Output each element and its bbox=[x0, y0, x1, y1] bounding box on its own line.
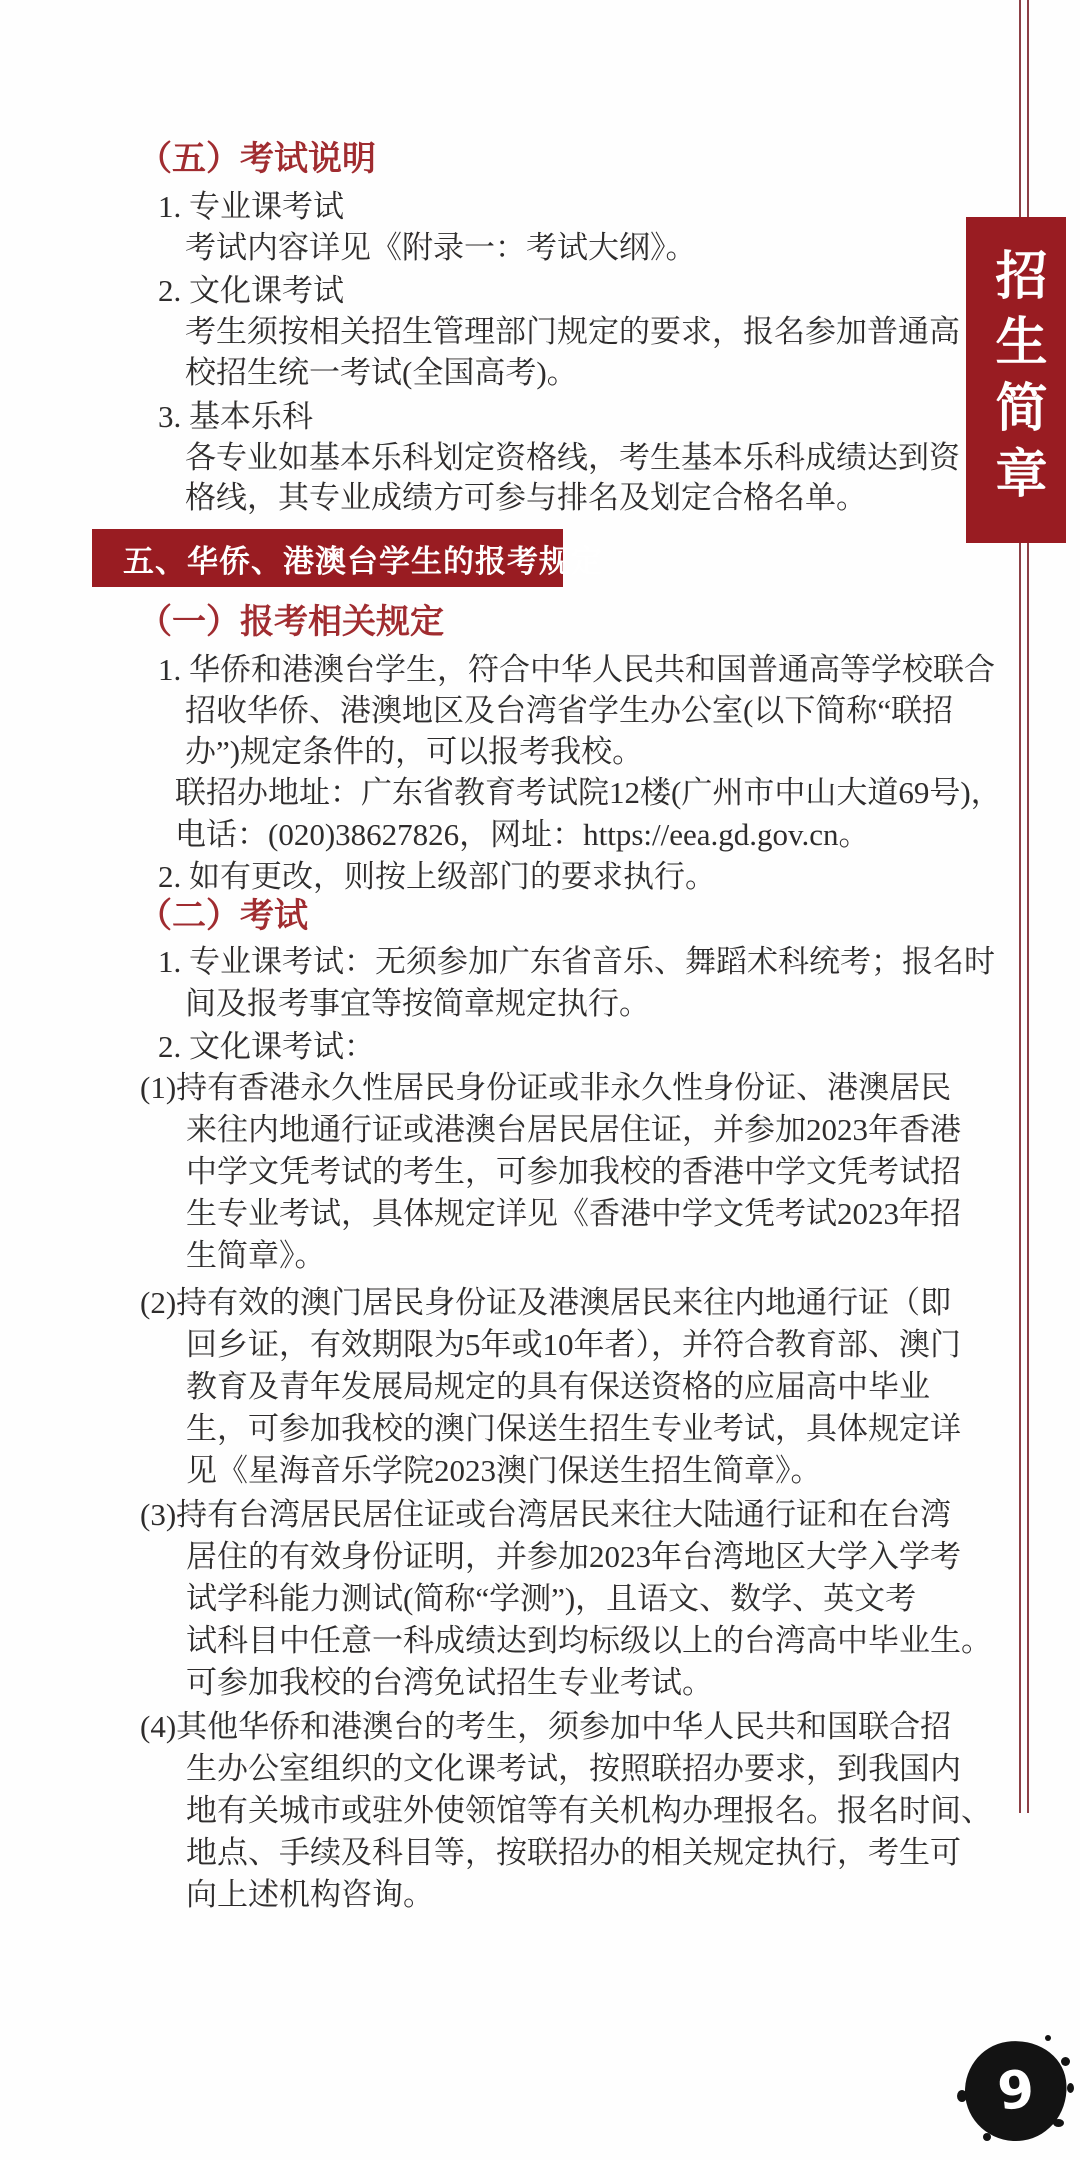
text-line: 3. 基本乐科 bbox=[158, 397, 313, 437]
section-banner-title: 五、华侨、港澳台学生的报考规定 bbox=[123, 536, 603, 581]
section-banner: 五、华侨、港澳台学生的报考规定 bbox=[92, 529, 563, 587]
text-line: 来往内地通行证或港澳台居民居住证，并参加2023年香港 bbox=[186, 1110, 961, 1150]
text-line: (2)持有效的澳门居民身份证及港澳居民来往内地通行证（即 bbox=[140, 1283, 951, 1323]
text-line: 生简章》。 bbox=[186, 1236, 326, 1276]
text-line: 各专业如基本乐科划定资格线，考生基本乐科成绩达到资 bbox=[185, 438, 960, 478]
text-line: 招收华侨、港澳地区及台湾省学生办公室(以下简称“联招 bbox=[185, 691, 953, 731]
page-number-splash: 9 bbox=[957, 2035, 1077, 2150]
text-line: （五）考试说明 bbox=[138, 140, 376, 180]
side-banner: 招生简章 bbox=[966, 217, 1066, 543]
text-line: (1)持有香港永久性居民身份证或非永久性身份证、港澳居民 bbox=[140, 1068, 951, 1108]
text-line: 生办公室组织的文化课考试，按照联招办要求，到我国内 bbox=[186, 1749, 961, 1789]
text-line: 1. 华侨和港澳台学生，符合中华人民共和国普通高等学校联合 bbox=[158, 650, 995, 690]
text-line: 地有关城市或驻外使领馆等有关机构办理报名。报名时间、 bbox=[186, 1791, 992, 1831]
text-line: 1. 专业课考试 bbox=[158, 187, 344, 227]
text-line: (3)持有台湾居民居住证或台湾居民来往大陆通行证和在台湾 bbox=[140, 1495, 951, 1535]
side-banner-title: 招生简章 bbox=[966, 248, 1066, 512]
text-line: 见《星海音乐学院2023澳门保送生招生简章》。 bbox=[186, 1451, 822, 1491]
brochure-page: { "side_banner": { "text": "招生简章", "bg":… bbox=[0, 0, 1080, 2160]
text-line: 考生须按相关招生管理部门规定的要求，报名参加普通高 bbox=[185, 312, 960, 352]
text-line: 地点、手续及科目等，按联招办的相关规定执行，考生可 bbox=[186, 1833, 961, 1873]
text-line: 试学科能力测试(简称“学测”)，且语文、数学、英文考 bbox=[186, 1579, 916, 1619]
text-line: 生专业考试，具体规定详见《香港中学文凭考试2023年招 bbox=[186, 1194, 961, 1234]
page-number: 9 bbox=[960, 2036, 1072, 2146]
text-line: 1. 专业课考试：无须参加广东省音乐、舞蹈术科统考；报名时 bbox=[158, 942, 995, 982]
text-line: 联招办地址：广东省教育考试院12楼(广州市中山大道69号)， bbox=[175, 773, 1002, 813]
text-line: 居住的有效身份证明，并参加2023年台湾地区大学入学考 bbox=[186, 1537, 961, 1577]
text-line: 格线，其专业成绩方可参与排名及划定合格名单。 bbox=[185, 478, 867, 518]
text-line: 教育及青年发展局规定的具有保送资格的应届高中毕业 bbox=[186, 1367, 930, 1407]
text-line: 2. 如有更改，则按上级部门的要求执行。 bbox=[158, 857, 716, 897]
text-line: 可参加我校的台湾免试招生专业考试。 bbox=[186, 1663, 713, 1703]
text-line: 2. 文化课考试 bbox=[158, 271, 344, 311]
text-line: 考试内容详见《附录一：考试大纲》。 bbox=[185, 228, 697, 268]
text-line: 中学文凭考试的考生，可参加我校的香港中学文凭考试招 bbox=[186, 1152, 961, 1192]
text-line: 办”)规定条件的，可以报考我校。 bbox=[185, 732, 643, 772]
text-line: 试科目中任意一科成绩达到均标级以上的台湾高中毕业生。 bbox=[186, 1621, 992, 1661]
ink-dot bbox=[1067, 2083, 1074, 2093]
text-line: 2. 文化课考试： bbox=[158, 1027, 375, 1067]
text-line: 回乡证，有效期限为5年或10年者），并符合教育部、澳门 bbox=[186, 1325, 961, 1365]
text-line: （一）报考相关规定 bbox=[138, 603, 444, 643]
text-line: 电话：(020)38627826，网址：https://eea.gd.gov.c… bbox=[175, 815, 870, 855]
text-line: 间及报考事宜等按简章规定执行。 bbox=[185, 984, 650, 1024]
text-line: 向上述机构咨询。 bbox=[186, 1875, 434, 1915]
text-line: （二）考试 bbox=[138, 897, 308, 937]
text-line: 校招生统一考试(全国高考)。 bbox=[185, 353, 578, 393]
text-line: 生，可参加我校的澳门保送生招生专业考试，具体规定详 bbox=[186, 1409, 961, 1449]
text-line: (4)其他华侨和港澳台的考生，须参加中华人民共和国联合招 bbox=[140, 1707, 951, 1747]
